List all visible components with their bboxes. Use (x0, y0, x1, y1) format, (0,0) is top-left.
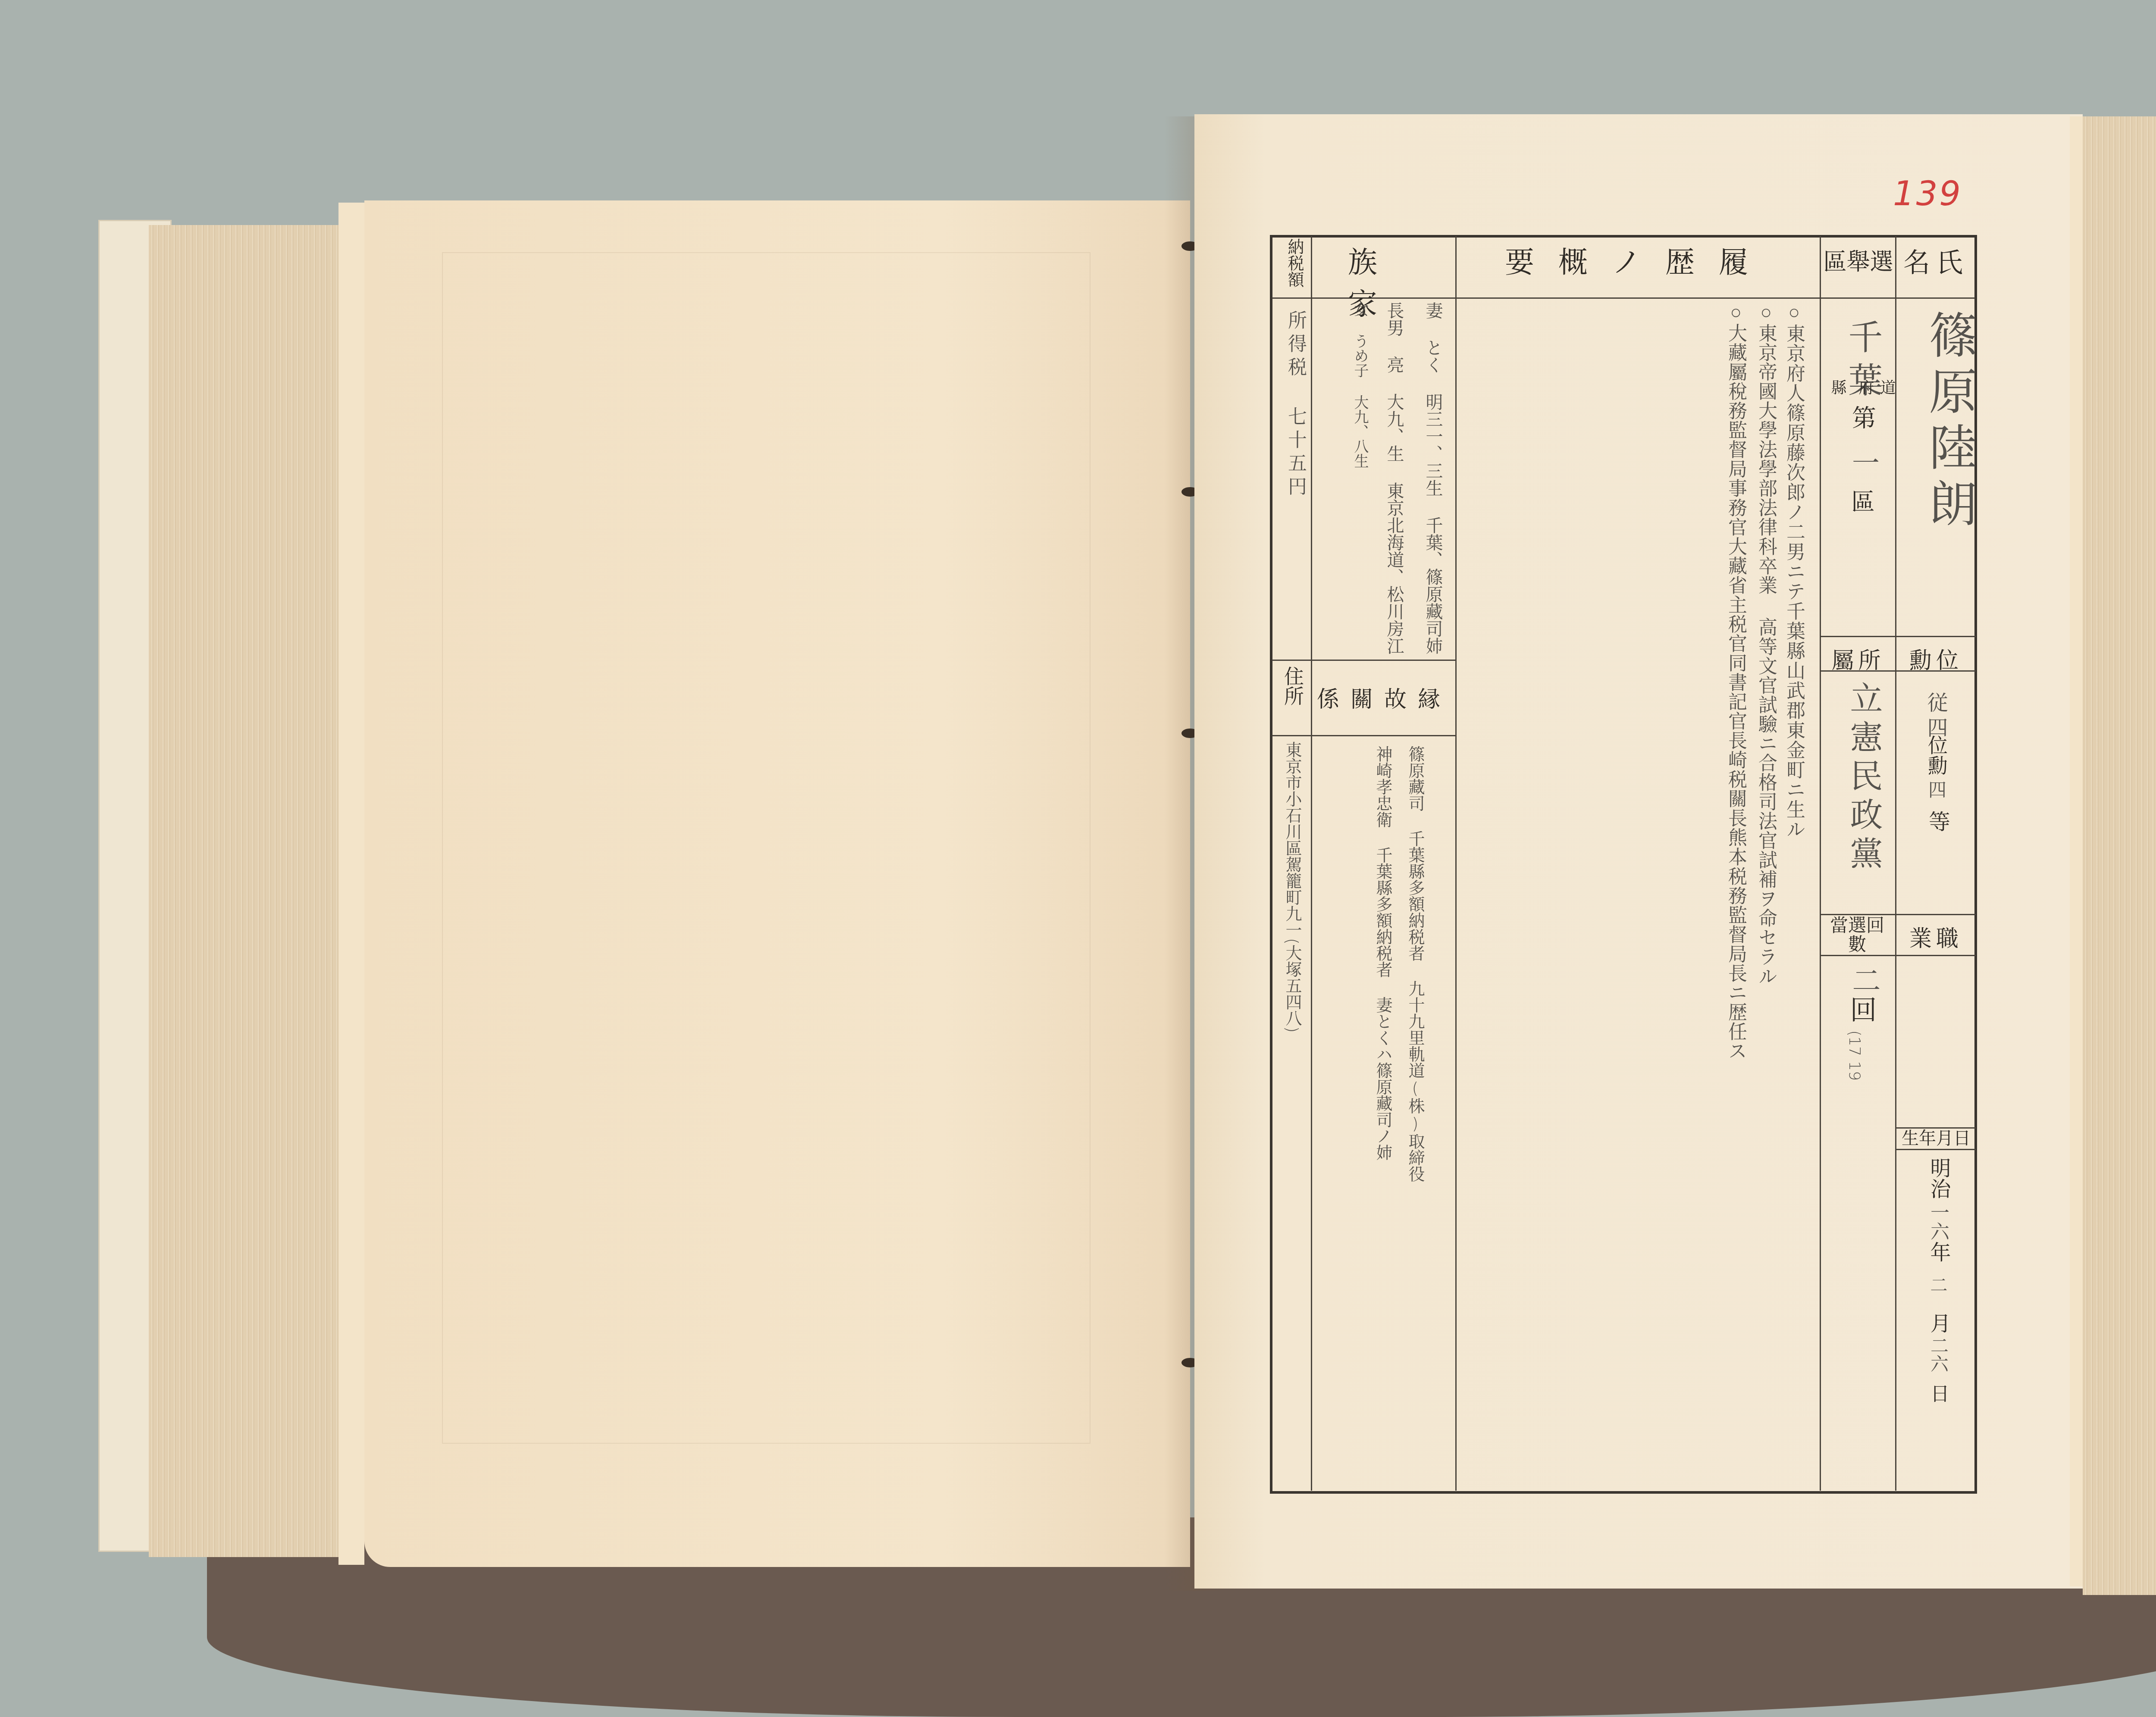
right-endleaf (2070, 116, 2083, 1586)
row-divider (1821, 955, 1976, 956)
relations-line: 篠原藏司 千葉縣多額納税者 九十九里軌道(株)取締役 (1404, 746, 1427, 1371)
bleed-through-frame (442, 252, 1091, 1444)
member-name: 篠原陸朗 (1915, 310, 1984, 535)
birth-day-label: 日 (1924, 1384, 1952, 1403)
elections-note: (17 19 (1846, 1030, 1863, 1081)
col-divider (1895, 236, 1896, 1491)
family-line: 長男 亮 大九、生 東京北海道、松川房江 (1382, 302, 1407, 655)
col-divider (1820, 236, 1821, 1491)
district-label-do: 道 (1876, 379, 1898, 395)
relations-line: 神崎孝忠衛 千葉縣多額納税者 妻とくハ篠原藏司ノ姉 (1371, 746, 1395, 1371)
district-suffix: 區 (1845, 489, 1878, 513)
header-relations: 係關故縁 (1315, 681, 1453, 713)
party-name: 立憲民政黨 (1840, 681, 1887, 875)
row-divider (1821, 636, 1976, 637)
career-line: ○東京府人篠原藤次郎ノ二男ニテ千葉縣山武郡東金町ニ生ル (1783, 302, 1805, 839)
right-page-stack (2083, 116, 2156, 1595)
page-number: 139 (1893, 175, 1962, 213)
tax-value: 所得税 七十五円 (1282, 310, 1309, 500)
birth-month-label: 月 (1924, 1313, 1954, 1333)
rank-printed-2: 勳 (1922, 755, 1951, 775)
birth-year: 一六 (1924, 1203, 1952, 1241)
row-divider (1272, 735, 1455, 736)
header-address: 住所 (1279, 666, 1307, 706)
header-district: 區舉選 (1821, 244, 1896, 277)
family-line: 女 うめ子 大九、八生 (1350, 302, 1371, 655)
rank-printed-1: 位 (1922, 735, 1951, 755)
career-line: ○大藏屬稅務監督局事務官大藏省主税官同書記官長崎税關長熊本税務監督局長ニ歴任ス (1725, 302, 1746, 1272)
header-tax: 納税額 (1283, 238, 1307, 288)
birth-era: 明治 (1924, 1157, 1954, 1199)
header-name: 名氏 (1897, 241, 1975, 280)
col-divider (1455, 236, 1457, 1491)
header-rank: 勳位 (1897, 642, 1975, 675)
rank-handwritten-2: 四 (1923, 780, 1949, 798)
header-party: 屬所 (1821, 642, 1896, 675)
district-label-ken: 縣 (1827, 379, 1849, 395)
header-elections: 當選回數 (1825, 916, 1890, 954)
row-divider (1896, 1149, 1976, 1150)
rank-printed-3: 等 (1922, 810, 1953, 832)
col-divider (1311, 236, 1312, 1491)
birth-day: 二六 (1925, 1336, 1951, 1373)
rank-handwritten-1: 従四 (1921, 692, 1951, 742)
district-number-prefix: 第 (1845, 405, 1879, 429)
district-number: 一 (1843, 448, 1883, 476)
row-divider (1272, 660, 1455, 661)
elections-count: 二 (1843, 966, 1884, 994)
address-value: 東京市小石川區駕籠町九一(大塚五四八) (1281, 741, 1304, 1367)
district-label-fu: 府 (1854, 379, 1876, 395)
birth-year-label: 年 (1924, 1242, 1954, 1262)
birth-month: 二 (1925, 1276, 1950, 1293)
left-page (364, 200, 1190, 1567)
family-line: 妻 とく 明三一、三生 千葉、篠原藏司姉 (1421, 302, 1445, 655)
career-line: ○東京帝國大學法學部法律科卒業 高等文官試驗ニ合格司法官試補ヲ命セラル (1755, 302, 1777, 1142)
header-career: 要概ノ歴履 (1457, 239, 1820, 281)
left-endleaf (338, 203, 364, 1565)
left-page-stack (149, 225, 338, 1557)
header-birth: 生年月日 (1902, 1129, 1971, 1148)
elections-suffix: 回 (1842, 996, 1880, 1023)
header-occupation: 業職 (1897, 920, 1975, 953)
